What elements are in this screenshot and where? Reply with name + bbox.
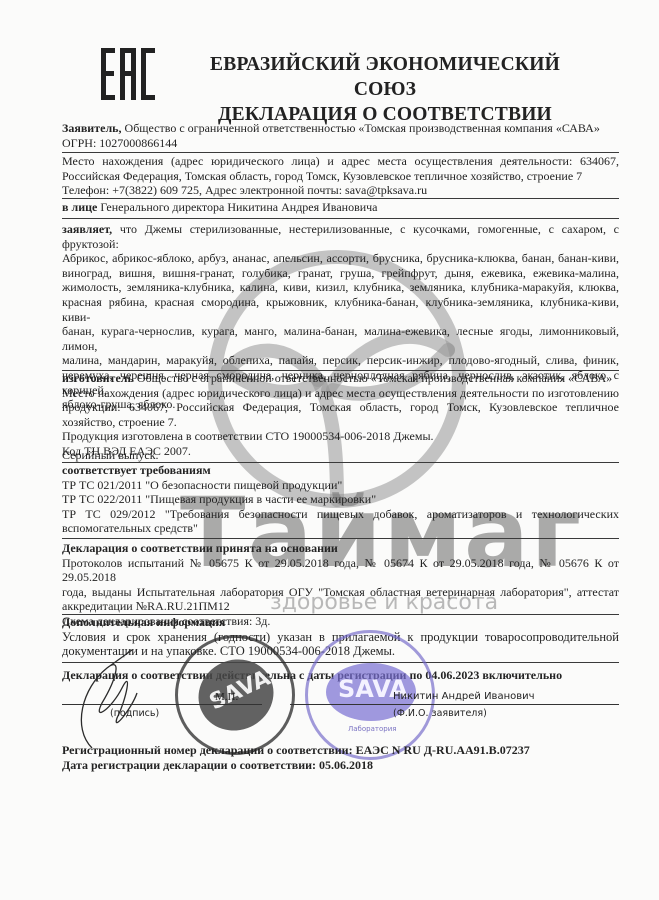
product-line: жимолость, земляника-клубника, калина, к… [62, 280, 619, 295]
manufacturer-name: Общество с ограниченной ответственностью… [134, 371, 612, 385]
signature-caption: (подпись) [110, 707, 190, 722]
applicant-address-line2: Российская Федерация, Томская область, г… [62, 169, 619, 184]
requirement-item: ТР ТС 021/2011 "О безопасности пищевой п… [62, 478, 619, 493]
manufacturer-address-line1: Место нахождения (адрес юридического лиц… [62, 386, 619, 401]
signer-caption: (Ф.И.О. заявителя) [393, 707, 553, 722]
manufacturer-section: изготовитель Общество с ограниченной отв… [62, 371, 619, 459]
applicant-representative: в лице Генерального директора Никитина А… [62, 200, 619, 215]
basis-label: Декларация о соответствии принята на осн… [62, 541, 619, 556]
applicant-label: Заявитель, [62, 121, 122, 135]
declares-label: заявляет, [62, 222, 112, 236]
represented-by: Генерального директора Никитина Андрея И… [97, 200, 377, 214]
basis-line2: года, выданы Испытательная лаборатория О… [62, 585, 619, 600]
document-title: ЕВРАЗИЙСКИЙ ЭКОНОМИЧЕСКИЙ СОЮЗ ДЕКЛАРАЦИ… [185, 52, 585, 127]
release-type-text: Серийный выпуск. [62, 448, 619, 463]
divider [62, 218, 619, 219]
basis-line1: Протоколов испытаний № 05675 К от 29.05.… [62, 556, 619, 585]
divider [62, 152, 619, 153]
requirement-item: ТР ТС 022/2011 "Пищевая продукция в част… [62, 492, 619, 507]
represented-label: в лице [62, 200, 97, 214]
manufacturer-address-line3: хозяйство, строение 7. [62, 415, 619, 430]
requirement-item: вспомогательных средств" [62, 521, 619, 536]
registration-section: Регистрационный номер декларации о соотв… [62, 743, 619, 773]
registration-date: Дата регистрации декларации о соответств… [62, 758, 619, 773]
manufacturer-address-line2: продукции: 634067, Российская Федерация,… [62, 400, 619, 415]
divider [62, 538, 619, 539]
requirements-label: соответствует требованиям [62, 463, 619, 478]
requirements-section: соответствует требованиям ТР ТС 021/2011… [62, 463, 619, 536]
product-line: Абрикос, абрикос-яблоко, арбуз, ананас, … [62, 251, 619, 266]
product-line: малина, мандарин, маракуйя, облепиха, па… [62, 353, 619, 368]
additional-label: Дополнительная информация [62, 615, 619, 630]
requirement-item: ТР ТС 029/2012 "Требования безопасности … [62, 507, 619, 522]
declares-line1: что Джемы стерилизованные, нестерилизова… [112, 222, 619, 236]
seal-caption: М.П. [215, 690, 275, 705]
basis-line3: аккредитации №RA.RU.21ПМ12 [62, 599, 619, 614]
registration-number: Регистрационный номер декларации о соотв… [62, 743, 619, 758]
applicant-name: Общество с ограниченной ответственностью… [122, 121, 600, 135]
applicant-section: Заявитель, Общество с ограниченной ответ… [62, 121, 619, 150]
product-line: красная рябина, красная смородина, крыжо… [62, 295, 619, 324]
divider [62, 198, 619, 199]
eac-logo-icon [101, 48, 155, 100]
release-type: Серийный выпуск. [62, 448, 619, 463]
applicant-ogrn: ОГРН: 1027000866144 [62, 136, 619, 151]
union-name: ЕВРАЗИЙСКИЙ ЭКОНОМИЧЕСКИЙ СОЮЗ [185, 52, 585, 102]
applicant-address-line1: Место нахождения (адрес юридического лиц… [62, 154, 619, 169]
declares-line2: фруктозой: [62, 237, 619, 252]
applicant-address: Место нахождения (адрес юридического лиц… [62, 154, 619, 198]
signer-name: Никитин Андрей Иванович [393, 690, 593, 705]
product-line: банан, курага-чернослив, курага, манго, … [62, 324, 619, 353]
applicant-contacts: Телефон: +7(3822) 609 725, Адрес электро… [62, 183, 619, 198]
handwritten-signature-icon [62, 648, 152, 758]
manufacturer-label: изготовитель [62, 371, 134, 385]
declaration-document: ЕВРАЗИЙСКИЙ ЭКОНОМИЧЕСКИЙ СОЮЗ ДЕКЛАРАЦИ… [0, 0, 659, 900]
lab-stamp-caption: Лаборатория [348, 725, 396, 733]
manufacturer-standard: Продукция изготовлена в соответствии СТО… [62, 429, 619, 444]
product-line: виноград, вишня, вишня-гранат, голубика,… [62, 266, 619, 281]
